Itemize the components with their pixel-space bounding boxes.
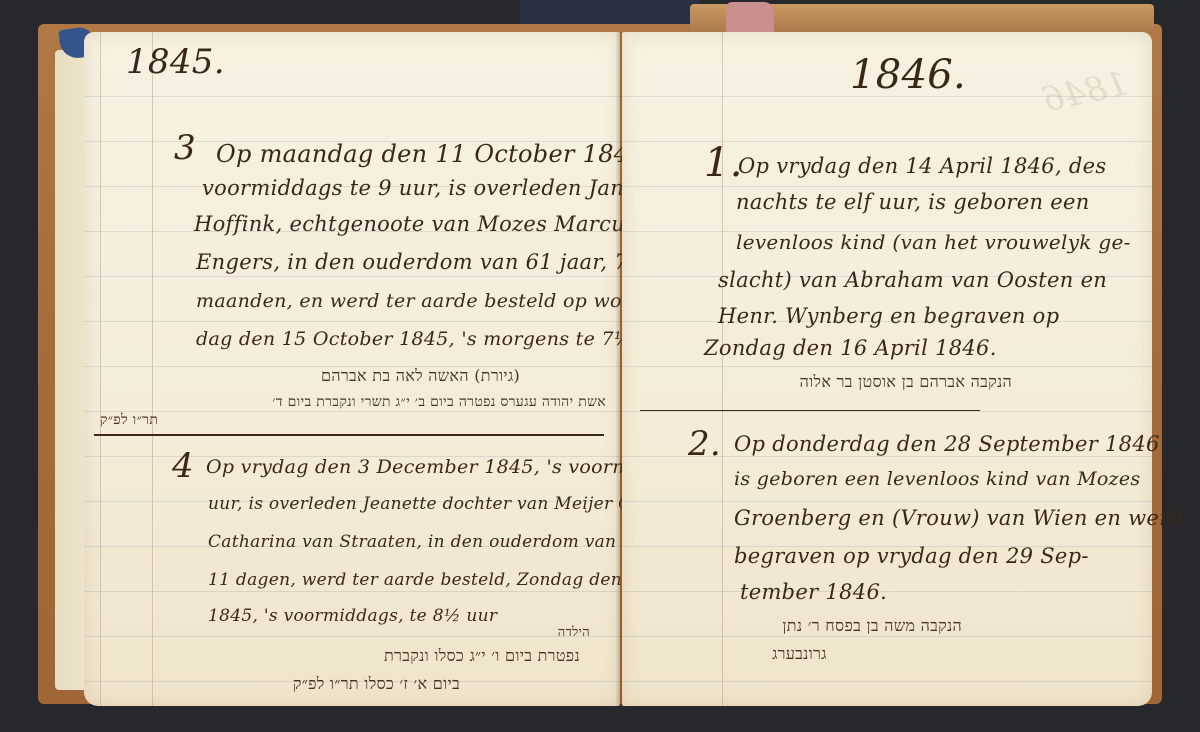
hebrew-line: ביום א׳ ז׳ כסלו תר״ו לפ״ק (293, 674, 460, 694)
right-page: 1846 1846. 1. Op vrydag den 14 April 184… (622, 32, 1152, 706)
margin-line (152, 32, 153, 706)
entry-line: Engers, in den ouderdom van 61 jaar, 7 (196, 250, 628, 274)
ruled-lines (622, 32, 1152, 706)
entry-line: tember 1846. (740, 580, 887, 604)
hebrew-line: אשת יהודה עגערס נפטרה ביום ב׳ י״ג תשרי ו… (272, 394, 606, 411)
entry-number: 4 (172, 446, 194, 486)
entry-line: Henr. Wynberg en begraven op (718, 304, 1059, 328)
entry-divider (640, 410, 980, 411)
entry-number: 3 (174, 128, 196, 168)
entry-number: 1. (704, 140, 743, 186)
entry-line: nachts te elf uur, is geboren een (736, 190, 1090, 214)
hebrew-line: גרונבערג (772, 644, 827, 664)
entry-divider (94, 434, 604, 436)
left-page: 1845. 3 Op maandag den 11 October 1845, … (84, 32, 620, 706)
entry-line: maanden, en werd ter aarde besteld op wo… (196, 290, 663, 312)
entry-line: Zondag den 16 April 1846. (704, 336, 997, 360)
hebrew-line: הנקבה אברהם בן אוסטן בר אלוה (800, 372, 1012, 392)
hebrew-line: (גיורת) האשה לאה בת אברהם (321, 366, 520, 386)
hebrew-line: תר״ו לפ״ק (100, 412, 158, 429)
entry-line: levenloos kind (van het vrouwelyk ge- (736, 230, 1131, 254)
hebrew-line: הילדה (558, 624, 590, 640)
entry-number: 2. (688, 424, 721, 464)
entry-line: 1845, 's voormiddags, te 8½ uur (208, 606, 497, 626)
entry-line: slacht) van Abraham van Oosten en (718, 268, 1107, 292)
entry-line: is geboren een levenloos kind van Mozes (734, 468, 1141, 490)
entry-line: Hoffink, echtgenoote van Mozes Marcus (194, 212, 636, 236)
entry-line: voormiddags te 9 uur, is overleden Janne… (202, 176, 679, 200)
margin-line (100, 32, 101, 706)
entry-line: Op vrydag den 14 April 1846, des (738, 154, 1106, 178)
bookmark-ribbon (726, 2, 774, 36)
entry-line: Op donderdag den 28 September 1846 (734, 432, 1160, 456)
hebrew-line: הנקבה משה בן בפסח ר׳ נתן (782, 616, 962, 636)
hebrew-line: נפטרת ביום ו׳ י״ג כסלו ונקברת (384, 646, 580, 666)
entry-line: dag den 15 October 1845, 's morgens te 7… (196, 328, 678, 350)
margin-line (722, 32, 723, 706)
entry-line: Groenberg en (Vrouw) van Wien en werd (734, 506, 1183, 530)
page-year: 1845. (126, 42, 225, 82)
page-year: 1846. (850, 52, 966, 98)
entry-line: begraven op vrydag den 29 Sep- (734, 544, 1089, 568)
